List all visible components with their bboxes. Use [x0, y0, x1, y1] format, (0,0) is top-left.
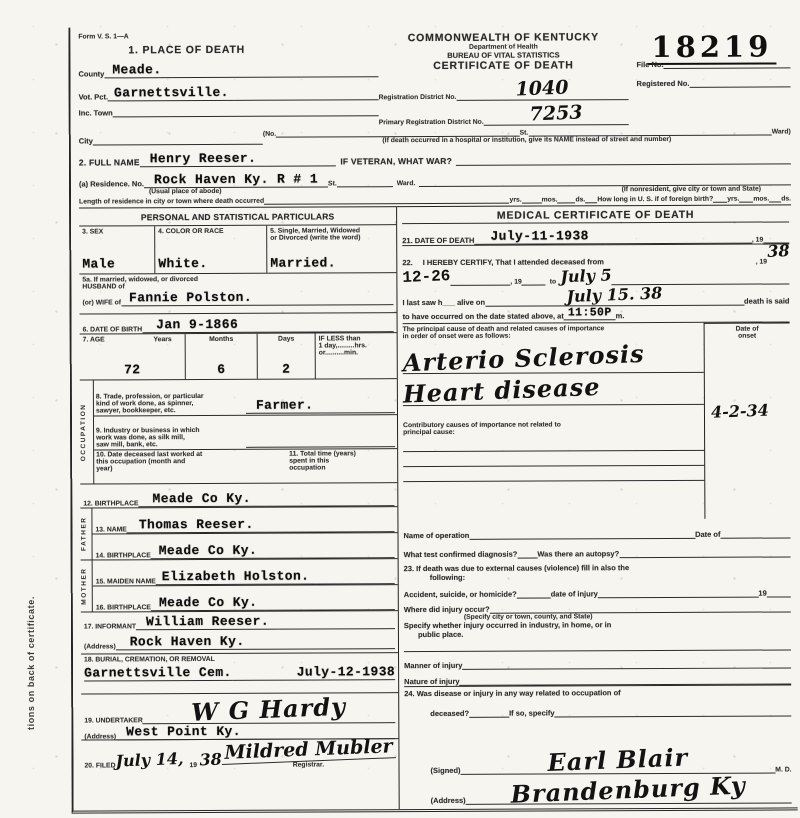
- blank-line: [664, 67, 791, 69]
- age-years-cell: 7. AGE Years 72: [80, 334, 186, 379]
- county-row: County Meade.: [78, 61, 378, 78]
- trade-row: 8. Trade, profession, or particular kind…: [94, 379, 397, 416]
- industry-label-3: saw mill, bank, etc.: [96, 441, 246, 449]
- years-value: 72: [83, 362, 182, 377]
- informant-address-row: (Address) Rock Haven Ky.: [84, 633, 395, 650]
- certify-tail-year: , 19: [756, 259, 767, 266]
- blank-line: [767, 596, 791, 597]
- blank-line: [769, 201, 781, 202]
- yrs-label: yrs.: [510, 197, 522, 204]
- blank-line: [403, 451, 704, 467]
- years-label: Years: [153, 336, 171, 343]
- question-24-label-2: deceased?: [430, 709, 469, 718]
- mid-year-label: , 19: [510, 279, 521, 286]
- city-row: City (No. St. Ward) (If death occurred i…: [79, 128, 791, 145]
- certify-tail-year-handwritten: 38: [767, 241, 790, 261]
- mother-birthplace-value: Meade Co Ky.: [151, 595, 265, 611]
- blank-line: [585, 202, 597, 203]
- nature-label: Nature of injury: [404, 677, 459, 686]
- accident-row: Accident, suicide, or homicide? date of …: [404, 580, 791, 599]
- where-injury-row: Where did injury occur?: [404, 597, 791, 614]
- total-time-cell: 11. Total time (years) spent in this occ…: [285, 450, 395, 481]
- death-said-label: death is said: [744, 296, 789, 305]
- external-causes-block: 23. If death was due to external causes …: [404, 562, 792, 686]
- veteran-label: IF VETERAN, WHAT WAR?: [336, 156, 456, 167]
- blank-line: [619, 556, 790, 558]
- burial-line: Garnettsville Cem. July-12-1938: [84, 664, 395, 681]
- blank-line: [232, 680, 297, 681]
- blank-line: [522, 203, 542, 204]
- inc-town-label: Inc. Town: [79, 108, 113, 117]
- blank-line: [323, 412, 395, 413]
- certify-line-1: 22. I HEREBY CERTIFY, That I attended de…: [402, 246, 789, 267]
- spouse-row: 5a. If married, widowed, or divorced HUS…: [79, 273, 396, 314]
- operation-row: Name of operation Date of: [403, 518, 790, 540]
- date-of-death-label: 21. DATE OF DEATH: [402, 236, 474, 245]
- city-street-block: (No. St. Ward) (If death occurred in a h…: [263, 128, 791, 144]
- blank-line: [93, 144, 263, 146]
- certify-line-2: 12-26 , 19 to July 5: [402, 265, 789, 286]
- father-side-cell: FATHER: [80, 508, 92, 559]
- occurred-label: to have occurred on the date stated abov…: [403, 311, 564, 321]
- dob-row: 6. DATE OF BIRTH Jan 9-1866: [80, 313, 397, 334]
- blank-line: [259, 648, 395, 650]
- spouse-label-3: (or) WIFE of: [82, 299, 121, 306]
- last-worked-cell: 10. Date deceased last worked at this oc…: [96, 451, 285, 483]
- marital-label-2: or Divorced (write the word): [270, 234, 393, 242]
- mother-name-label: 15. MAIDEN NAME: [96, 578, 156, 585]
- file-no-label: File No.: [636, 60, 663, 69]
- father-birthplace-label: 14. BIRTHPLACE: [96, 552, 151, 559]
- header-center: COMMONWEALTH OF KENTUCKY Department of H…: [378, 31, 628, 126]
- full-name-row: 2. FULL NAME Henry Reeser. IF VETERAN, W…: [79, 148, 791, 167]
- primary-district-label: Primary Registration District No.: [379, 119, 484, 126]
- blank-line: [246, 446, 395, 448]
- certify-block: 22. I HEREBY CERTIFY, That I attended de…: [402, 244, 789, 324]
- blank-line: [517, 597, 551, 598]
- father-birthplace-row: 14. BIRTHPLACE Meade Co Ky.: [93, 533, 398, 559]
- birthplace-label: 12. BIRTHPLACE: [83, 500, 138, 507]
- father-side-label: FATHER: [80, 517, 91, 552]
- marital-cell: 5. Single, Married, Widowed or Divorced …: [267, 225, 396, 273]
- cause-line-1: Arterio Sclerosis: [403, 339, 704, 374]
- informant-row: 17. INFORMANT William Reeser.: [84, 613, 395, 630]
- less-label-3: or..........min.: [319, 349, 394, 356]
- blank-line: [235, 99, 379, 101]
- filed-year-handwritten: 38: [199, 750, 222, 770]
- mos-label: mos.: [542, 196, 558, 203]
- registrar-label: Registrar.: [293, 761, 324, 768]
- operation-label: Name of operation: [403, 531, 469, 540]
- autopsy-label: Was there an autopsy?: [537, 549, 619, 558]
- question-24-row: deceased? If so, specify: [404, 696, 791, 718]
- county-value: Meade.: [104, 62, 169, 78]
- informant-block: 17. INFORMANT William Reeser. (Address) …: [81, 611, 398, 654]
- full-name-value: Henry Reeser.: [140, 151, 267, 168]
- blank-line: [403, 435, 704, 452]
- onset-label-2: onset: [705, 332, 790, 339]
- father-rows: 13. NAME Thomas Reeser. 14. BIRTHPLACE M…: [92, 507, 397, 559]
- burial-block: 18. BURIAL, CREMATION, OR REMOVAL Garnet…: [81, 653, 398, 694]
- undertaker-signature: W G Hardy: [191, 692, 347, 727]
- occupation-question-block: 24. Was disease or injury in any way rel…: [404, 684, 791, 718]
- total-time-label-3: occupation: [289, 464, 395, 471]
- certify-number: 22.: [402, 258, 412, 267]
- columns: PERSONAL AND STATISTICAL PARTICULARS 3. …: [79, 204, 794, 810]
- personal-title: PERSONAL AND STATISTICAL PARTICULARS: [79, 207, 396, 226]
- blank-line: [260, 304, 393, 306]
- blank-line: [739, 202, 753, 203]
- blank-line: [113, 115, 379, 117]
- injury-date-label: date of injury: [551, 589, 598, 598]
- blank-line: [264, 203, 509, 205]
- blank-line: [713, 202, 727, 203]
- physician-address-line: Brandenburg Ky: [466, 774, 792, 804]
- abode-note: (Usual place of abode): [149, 188, 222, 195]
- mother-birthplace-row: 16. BIRTHPLACE Meade Co Ky.: [93, 585, 398, 611]
- last-worked-row: 10. Date deceased last worked at this oc…: [94, 449, 397, 483]
- where-injury-label: Where did injury occur?: [404, 605, 490, 614]
- informant-address-label: (Address): [84, 643, 116, 650]
- margin-note: tions on back of certificate.: [26, 430, 36, 730]
- precinct-row: Vot. Pct. Garnettsville.: [79, 84, 379, 101]
- race-value: White.: [158, 256, 263, 271]
- yrs2-label: yrs.: [727, 196, 739, 203]
- physician-address-label: (Address): [431, 796, 466, 805]
- operation-date-label: Date of: [695, 530, 720, 539]
- blank-line: [689, 86, 790, 87]
- blank-line: [469, 717, 509, 718]
- primary-district-row: Primary Registration District No. 7253: [379, 102, 629, 126]
- race-cell: 4. COLOR OR RACE White.: [155, 226, 267, 273]
- death-certificate-form: Form V. S. 1—A 1. PLACE OF DEATH County …: [68, 24, 797, 813]
- date-of-death-row: 21. DATE OF DEATH July-11-1938 , 19: [402, 222, 789, 246]
- ds-label: ds.: [575, 196, 585, 203]
- cause-2-handwritten: Heart disease: [402, 372, 601, 409]
- physician-address-handwritten: Brandenburg Ky: [511, 771, 747, 809]
- occupation-side-label: OCCUPATION: [80, 403, 93, 461]
- age-row: 7. AGE Years 72 Months 6 Days 2 IF LESS …: [80, 333, 397, 380]
- onset-date-handwritten: 4-2-34: [711, 401, 770, 422]
- time-m-label: m.: [616, 311, 625, 320]
- undertaker-row: 19. UNDERTAKER W G Hardy: [84, 694, 395, 724]
- cause-left: The principal cause of death and related…: [403, 323, 705, 520]
- registration-district-value: 1040: [516, 76, 570, 100]
- medical-column: MEDICAL CERTIFICATE OF DEATH 21. DATE OF…: [397, 205, 794, 809]
- days-label: Days: [261, 336, 312, 343]
- section-place-of-death: 1. PLACE OF DEATH: [128, 43, 378, 56]
- father-name-value: Thomas Reeser.: [127, 517, 266, 534]
- form-number: Form V. S. 1—A: [78, 32, 378, 40]
- precinct-value: Garnettsville.: [108, 85, 235, 102]
- age-label: 7. AGE: [83, 336, 105, 343]
- city-label: City: [79, 136, 93, 145]
- mos2-label: mos.: [753, 196, 769, 203]
- birthplace-value: Meade Co Ky.: [138, 491, 264, 508]
- burial-place-value: Garnettsville Cem.: [84, 665, 232, 682]
- certificate-title: CERTIFICATE OF DEATH: [378, 59, 628, 72]
- date-of-death-value: July-11-1938: [474, 228, 604, 245]
- header-left: Form V. S. 1—A 1. PLACE OF DEATH County …: [78, 32, 378, 117]
- precinct-label: Vot. Pct.: [79, 92, 108, 101]
- spouse-line: (or) WIFE of Fannie Polston.: [82, 289, 393, 306]
- registration-district-label: Registration District No.: [379, 94, 457, 101]
- trade-value: Farmer.: [246, 397, 323, 413]
- occupation-block: OCCUPATION 8. Trade, profession, or part…: [80, 379, 397, 484]
- residence-label: (a) Residence. No.: [79, 179, 144, 188]
- residence-st-label: St.: [328, 180, 337, 187]
- undertaker-block: 19. UNDERTAKER W G Hardy (Address) West …: [81, 693, 398, 740]
- commonwealth-title: COMMONWEALTH OF KENTUCKY: [378, 31, 628, 44]
- spouse-value: Fannie Polston.: [121, 290, 260, 307]
- attended-to-value: July 5: [560, 265, 612, 286]
- mother-block: MOTHER 15. MAIDEN NAME Elizabeth Holston…: [81, 559, 398, 612]
- physician-address-row: (Address) Brandenburg Ky: [405, 773, 792, 805]
- age-less-cell: IF LESS than 1 day,.........hrs. or.....…: [316, 333, 397, 378]
- mother-birthplace-label: 16. BIRTHPLACE: [96, 604, 151, 611]
- days-value: 2: [261, 362, 312, 377]
- last-saw-line: I last saw h___ alive on July 15. 38 dea…: [402, 284, 789, 307]
- city-no-label: (No.: [263, 131, 276, 138]
- mother-name-value: Elizabeth Holston.: [156, 569, 316, 586]
- header-right: 18219 File No. Registered No.: [628, 30, 790, 88]
- blank-line: [558, 202, 576, 203]
- to-label: to: [550, 278, 556, 285]
- residence-value: Rock Haven Ky. R # 1: [144, 171, 328, 188]
- dob-label: 6. DATE OF BIRTH: [83, 326, 143, 333]
- burial-date-value: July-12-1938: [297, 664, 395, 680]
- last-worked-label-3: year): [96, 465, 285, 473]
- date-of-onset-box: Date of onset 4-2-34: [704, 322, 791, 518]
- ds2-label: ds.: [781, 195, 791, 202]
- county-label: County: [78, 69, 104, 78]
- inc-town-row: Inc. Town: [79, 107, 379, 117]
- sex-race-marital-row: 3. SEX Male 4. COLOR OR RACE White. 5. S…: [79, 225, 396, 274]
- length-label: Length of residence in city or town wher…: [79, 198, 264, 206]
- burial-label: 18. BURIAL, CREMATION, OR REMOVAL: [84, 655, 395, 663]
- md-label: M. D.: [775, 766, 791, 773]
- sex-label: 3. SEX: [82, 228, 151, 235]
- race-label: 4. COLOR OR RACE: [158, 228, 263, 235]
- blank-line: [170, 76, 379, 78]
- registration-district-value-line: 1040: [456, 77, 628, 101]
- occupation-rows: 8. Trade, profession, or particular kind…: [94, 379, 397, 483]
- test-label: What test confirmed diagnosis?: [404, 550, 518, 559]
- father-name-row: 13. NAME Thomas Reeser.: [92, 507, 397, 534]
- form-header: Form V. S. 1—A 1. PLACE OF DEATH County …: [78, 26, 790, 127]
- physician-signature-block: (Signed) Earl Blair M. D. (Address) Bran…: [404, 743, 791, 807]
- informant-address-value: Rock Haven Ky.: [116, 634, 259, 651]
- informant-value: William Reeser.: [136, 614, 279, 631]
- personal-column: PERSONAL AND STATISTICAL PARTICULARS 3. …: [79, 207, 400, 810]
- dob-value: Jan 9-1866: [142, 317, 252, 333]
- medical-title: MEDICAL CERTIFICATE OF DEATH: [402, 205, 789, 224]
- time-of-death-value: 11:50P: [564, 306, 616, 320]
- father-name-label: 13. NAME: [95, 526, 126, 533]
- nature-row: Nature of injury: [404, 668, 791, 686]
- registrar-signature-block: Mildred Mubler Registrar.: [221, 738, 395, 769]
- father-block: FATHER 13. NAME Thomas Reeser. 14. BIRTH…: [80, 507, 397, 560]
- date-of-death-year: , 19: [752, 237, 763, 244]
- age-days-cell: Days 2: [258, 334, 316, 379]
- age-months-cell: Months 6: [186, 334, 258, 379]
- injury-year-label: 19: [758, 589, 766, 598]
- months-value: 6: [189, 362, 254, 377]
- blank-line: [555, 715, 792, 717]
- birthplace-row: 12. BIRTHPLACE Meade Co Ky.: [80, 483, 397, 508]
- nonresident-note: (If nonresident, give city or town and S…: [622, 186, 761, 194]
- last-saw-label: I last saw h___ alive on: [402, 298, 485, 307]
- cause-1-handwritten: Arterio Sclerosis: [402, 339, 645, 377]
- registered-no-row: Registered No.: [637, 78, 791, 88]
- last-saw-value-line: July 15. 38: [485, 285, 744, 307]
- city-ward-label: Ward): [772, 128, 791, 135]
- full-name-label: 2. FULL NAME: [79, 157, 140, 167]
- blank-line: [403, 466, 704, 482]
- certificate-stamp-number: 18219: [647, 32, 776, 65]
- signed-label: (Signed): [431, 766, 461, 775]
- filed-date-handwritten: July 14,: [115, 749, 184, 771]
- blank-line: [279, 628, 395, 630]
- accident-label: Accident, suicide, or homicide?: [404, 590, 517, 599]
- filed-year-prefix: 19: [189, 762, 197, 769]
- diagnosis-row: What test confirmed diagnosis? Was there…: [404, 538, 791, 559]
- cause-of-death-block: The principal cause of death and related…: [403, 322, 791, 520]
- filed-row: 20. FILED July 14, 19 38 Mildred Mubler …: [81, 739, 398, 771]
- physician-signature: Earl Blair: [547, 742, 689, 777]
- registrar-signature: Mildred Mubler: [221, 735, 396, 765]
- mother-rows: 15. MAIDEN NAME Elizabeth Holston. 16. B…: [93, 559, 398, 611]
- registered-no-label: Registered No.: [637, 79, 690, 88]
- months-label: Months: [189, 336, 254, 343]
- primary-district-value-line: 7253: [484, 102, 629, 126]
- certify-text: I HEREBY CERTIFY, That I attended deceas…: [423, 257, 604, 267]
- if-so-label: If so, specify: [509, 708, 554, 717]
- attended-from-value: 12-26: [402, 267, 451, 287]
- primary-district-value: 7253: [529, 101, 583, 125]
- occurred-line: to have occurred on the date stated abov…: [403, 305, 790, 321]
- last-saw-handwritten: July 15. 38: [566, 283, 663, 306]
- trade-label-3: sawyer, bookkeeper, etc.: [96, 407, 246, 415]
- sex-cell: 3. SEX Male: [79, 226, 155, 273]
- mother-name-row: 15. MAIDEN NAME Elizabeth Holston.: [93, 559, 398, 586]
- informant-label: 17. INFORMANT: [84, 623, 136, 630]
- mother-side-cell: MOTHER: [81, 560, 93, 611]
- residence-block: (a) Residence. No. Rock Haven Ky. R # 1 …: [79, 169, 791, 195]
- manner-label: Manner of injury: [404, 661, 462, 670]
- mother-side-label: MOTHER: [81, 567, 92, 604]
- cause-line-2: Heart disease: [403, 373, 704, 406]
- manner-row: Manner of injury: [404, 650, 791, 670]
- registration-district-row: Registration District No. 1040: [379, 77, 629, 101]
- occupation-side-cell: OCCUPATION: [80, 380, 94, 483]
- industry-row: 9. Industry or business in which work wa…: [94, 415, 397, 450]
- marital-value: Married.: [270, 255, 393, 271]
- blank-line: [456, 163, 791, 165]
- filed-label: 20. FILED: [84, 762, 115, 769]
- blank-line: [517, 558, 537, 559]
- residence-ward-label: Ward.: [393, 180, 420, 187]
- foreign-birth-label: How long in U. S. if of foreign birth?: [597, 196, 713, 204]
- father-birthplace-value: Meade Co Ky.: [151, 543, 265, 559]
- blank-line: [266, 165, 336, 166]
- sex-value: Male: [82, 256, 151, 271]
- undertaker-signature-line: W G Hardy: [143, 694, 396, 724]
- city-st-label: St.: [520, 130, 529, 137]
